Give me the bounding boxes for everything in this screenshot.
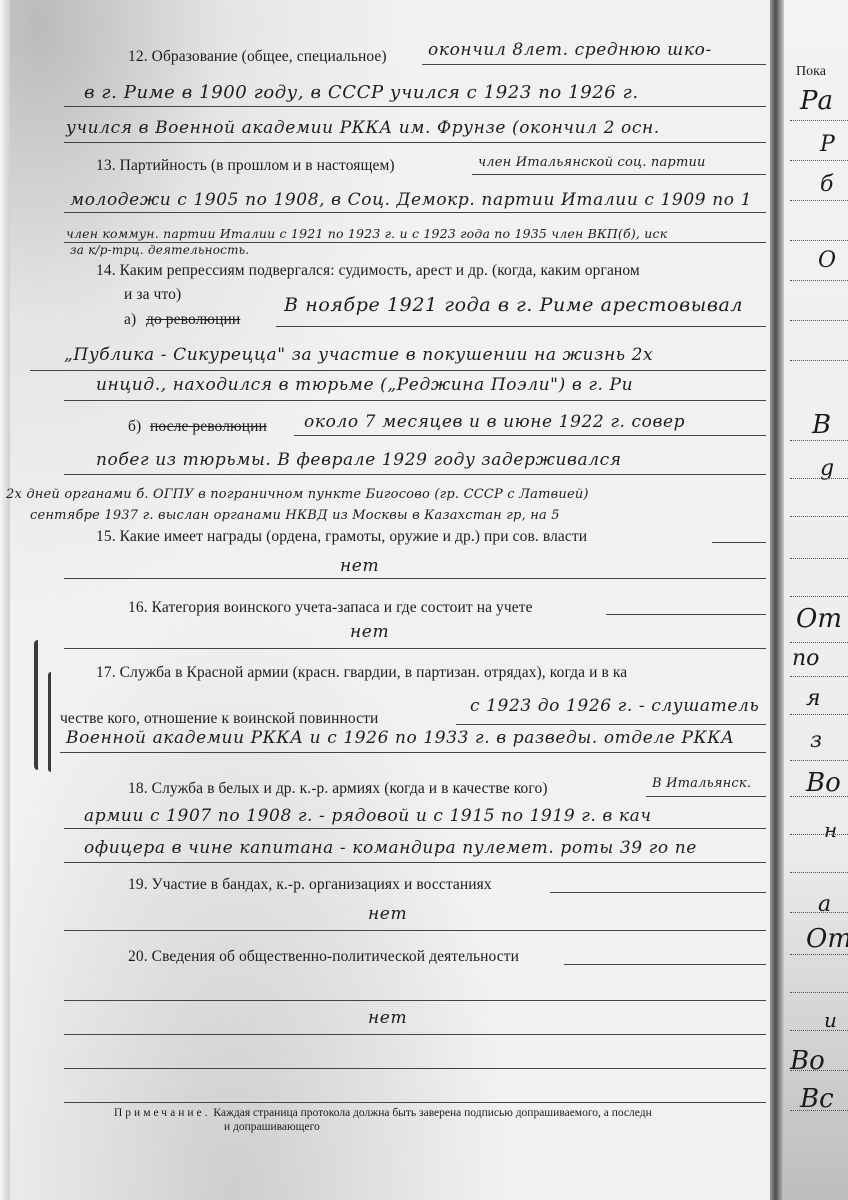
item13-answer-line2: молодежи с 1905 по 1908, в Соц. Демокр. … [70,190,752,210]
footnote: Примечание. Каждая страница протокола до… [114,1107,652,1119]
answer-line [64,142,766,143]
item18-answer-line3: офицера в чине капитана - командира пуле… [84,838,697,858]
item14-label: 14. Каким репрессиям подвергался: судимо… [96,262,640,280]
strip-mark: я [806,686,821,711]
strip-mark: В [812,410,831,440]
answer-line [64,400,766,401]
item16-label: 16. Категория воинского учета-запаса и г… [128,599,533,617]
strip-line [790,760,848,761]
strip-line [790,360,848,361]
item12-label: 12. Образование (общее, специальное) [128,48,387,66]
answer-line [64,930,766,931]
strip-line [790,596,848,597]
margin-bracket-mark [48,672,51,772]
next-page-label: Пока [796,64,826,80]
answer-line [646,796,766,797]
strip-line [790,240,848,241]
answer-line [422,64,766,65]
item13-answer-line1: член Итальянской соц. партии [478,155,706,170]
strip-line [790,834,848,835]
strip-line [790,714,848,715]
answer-line [60,752,766,753]
item18-answer-line1: В Итальянск. [652,776,751,791]
strip-line [790,440,848,441]
strip-line [790,676,848,677]
strip-mark: з [810,728,822,753]
page-fold-shadow [770,0,784,1200]
item20-answer: нет [368,1008,407,1028]
strip-mark: Во [806,768,841,798]
strip-line [790,478,848,479]
strip-line [790,642,848,643]
item13-answer-line4: за к/р-трц. деятельность. [70,243,249,257]
strip-mark: Р [820,132,835,157]
answer-line [64,1102,766,1103]
item13-label: 13. Партийность (в прошлом и в настоящем… [96,157,395,175]
item14b-prefix: б) [128,418,141,436]
footnote-text: Каждая страница протокола должна быть за… [213,1107,651,1119]
strip-line [790,120,848,121]
answer-line [456,724,766,725]
answer-line [64,212,766,213]
item15-label: 15. Какие имеет награды (ордена, грамоты… [96,528,587,546]
strip-mark: О [818,248,836,273]
strip-line [790,796,848,797]
answer-line [550,892,766,893]
answer-line [64,1034,766,1035]
answer-line [294,435,766,436]
answer-line [30,370,766,371]
strip-line [790,954,848,955]
item17-label-cont: честве кого, отношение к воинской повинн… [60,710,378,728]
next-page-strip [784,0,848,1200]
item14a-answer-line1: В ноябре 1921 года в г. Риме арестовывал [284,294,743,316]
item14b-answer-line4: сентябре 1937 г. выслан органами НКВД из… [30,508,560,523]
strip-line [790,1070,848,1071]
answer-line [64,474,766,475]
footnote-cont: и допрашивающего [224,1121,320,1133]
strip-line [790,160,848,161]
protocol-page: 12. Образование (общее, специальное) око… [0,0,778,1200]
item14b-answer-line1: около 7 месяцев и в июне 1922 г. совер [304,412,685,432]
strip-mark: по [792,646,819,671]
item14a-label-struck: до революции [146,311,240,329]
answer-line [64,106,766,107]
strip-line [790,320,848,321]
item17-label: 17. Служба в Красной армии (красн. гвард… [96,664,627,682]
strip-line [790,992,848,993]
strip-mark: Во [790,1046,825,1076]
answer-line [712,542,766,543]
strip-line [790,872,848,873]
item12-answer-line2: в г. Риме в 1900 году, в СССР учился с 1… [84,82,639,103]
item14a-answer-line2: „Публика - Сикурецца" за участие в покуш… [64,345,653,365]
strip-line [790,280,848,281]
strip-line [790,558,848,559]
answer-line [564,964,766,965]
item14b-label-struck: после революции [150,418,267,436]
footnote-title: Примечание. [114,1107,210,1119]
answer-line [64,828,766,829]
strip-line [790,1030,848,1031]
item18-answer-line2: армии с 1907 по 1908 г. - рядовой и с 19… [84,806,652,826]
item19-label: 19. Участие в бандах, к.-р. организациях… [128,876,492,894]
item14b-answer-line3: 2х дней органами б. ОГПУ в пограничном п… [6,487,589,502]
item16-answer: нет [350,622,389,642]
answer-line [64,1000,766,1001]
answer-line [276,326,766,327]
answer-line [64,578,766,579]
item14b-answer-line2: побег из тюрьмы. В феврале 1929 году зад… [96,450,622,470]
answer-line [472,174,766,175]
item13-answer-line3: член коммун. партии Италии с 1921 по 192… [66,226,667,241]
item20-label: 20. Сведения об общественно-политической… [128,948,519,966]
item12-answer-line3: учился в Военной академии РККА им. Фрунз… [66,118,660,138]
strip-mark: От [796,604,842,634]
item18-label: 18. Служба в белых и др. к.-р. армиях (к… [128,780,548,798]
strip-mark: Ра [800,86,833,116]
strip-mark: б [820,172,833,197]
item14-label-cont: и за что) [124,286,181,304]
answer-line [606,614,766,615]
item14a-answer-line3: инцид., находился в тюрьме („Реджина Поэ… [96,375,633,395]
item17-answer-line2: Военной академии РККА и с 1926 по 1933 г… [66,728,735,748]
strip-mark: От [806,924,848,954]
item14a-prefix: а) [124,311,136,329]
strip-mark: а [818,892,831,917]
strip-line [790,1110,848,1111]
strip-line [790,516,848,517]
item15-answer: нет [340,556,379,576]
margin-bracket-mark [34,640,38,770]
item12-answer-line1: окончил 8лет. среднюю шко- [428,40,712,60]
item17-answer-line1: с 1923 до 1926 г. - слушатель [470,696,759,716]
answer-line [64,648,766,649]
answer-line [64,862,766,863]
answer-line [64,1068,766,1069]
item19-answer: нет [368,904,407,924]
strip-mark: и [824,1008,837,1032]
strip-line [790,912,848,913]
strip-mark: н [824,818,837,842]
strip-line [790,200,848,201]
